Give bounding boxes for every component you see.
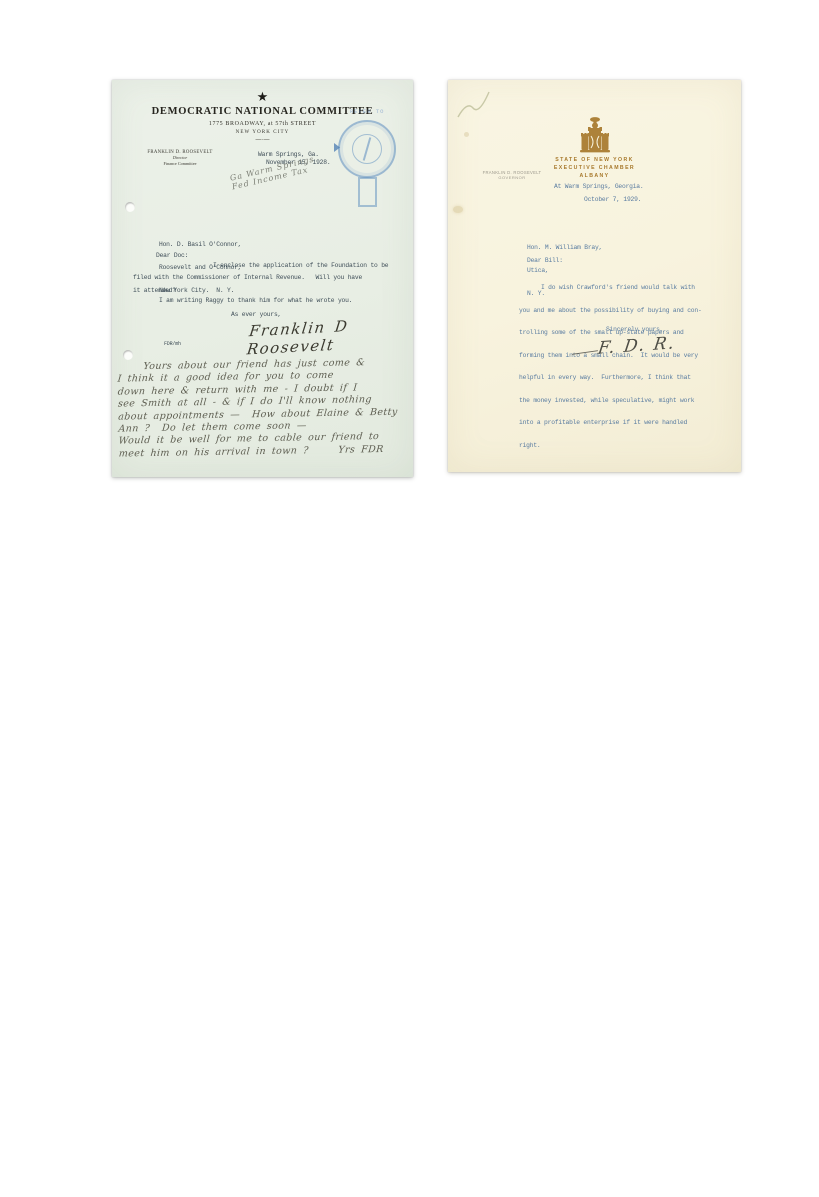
body-line: it attended?	[133, 287, 176, 295]
body-line: you and me about the possibility of buyi…	[519, 307, 699, 314]
letterhead-governor-block: FRANKLIN D. ROOSEVELT GOVERNOR	[472, 170, 552, 181]
received-stamp-icon	[338, 120, 398, 212]
recipient-line: Hon. M. William Bray,	[527, 244, 602, 252]
dateline-date: October 7, 1929.	[584, 196, 641, 204]
paper-stain	[464, 132, 469, 137]
letter-dnc-1928: ★ DEMOCRATIC NATIONAL COMMITTEE 1775 BRO…	[112, 80, 413, 477]
refer-to-stamp-text: REFER TO	[350, 108, 384, 115]
body-line: I am writing Raggy to thank him for what…	[159, 297, 352, 305]
body-line: filed with the Commissioner of Internal …	[133, 274, 362, 282]
closing: As ever yours,	[231, 311, 281, 319]
punch-hole	[123, 350, 133, 360]
body-line: I do wish Crawford's friend would talk w…	[519, 284, 699, 291]
closing: Sincerely yours,	[606, 326, 663, 334]
handwritten-postscript: Yours about our friend has just come & I…	[117, 356, 413, 460]
letterhead-officer-block: FRANKLIN D. ROOSEVELT Director Finance C…	[128, 150, 232, 166]
salutation: Dear Bill:	[527, 257, 563, 265]
punch-hole	[125, 202, 135, 212]
new-york-coat-of-arms-icon	[578, 116, 612, 154]
signature-franklin-d-roosevelt: Franklin D Roosevelt	[246, 314, 415, 359]
reference-initials: FDR/mh	[164, 341, 181, 349]
pencil-squiggle-icon	[452, 83, 498, 123]
body-line: the money invested, while speculative, m…	[519, 397, 699, 404]
dateline-place: At Warm Springs, Georgia.	[554, 183, 643, 191]
body-line: right.	[519, 442, 699, 449]
body-line: helpful in every way. Furthermore, I thi…	[519, 374, 699, 381]
governor-title: GOVERNOR	[472, 175, 552, 181]
paper-stain	[453, 206, 463, 213]
scanned-letters-page: ★ DEMOCRATIC NATIONAL COMMITTEE 1775 BRO…	[0, 0, 819, 1197]
officer-committee: Finance Committee	[128, 161, 232, 166]
letter-body: I do wish Crawford's friend would talk w…	[519, 269, 699, 464]
stamp-tail	[358, 177, 377, 207]
letter-executive-chamber-1929: STATE OF NEW YORK EXECUTIVE CHAMBER ALBA…	[448, 80, 741, 472]
letterhead-state: STATE OF NEW YORK	[448, 157, 741, 163]
salutation: Dear Doc:	[156, 252, 188, 260]
body-line: into a profitable enterprise if it were …	[519, 419, 699, 426]
recipient-line: Hon. D. Basil O'Connor,	[159, 241, 241, 249]
star-icon: ★	[112, 89, 413, 105]
body-line: I enclose the application of the Foundat…	[213, 262, 388, 270]
